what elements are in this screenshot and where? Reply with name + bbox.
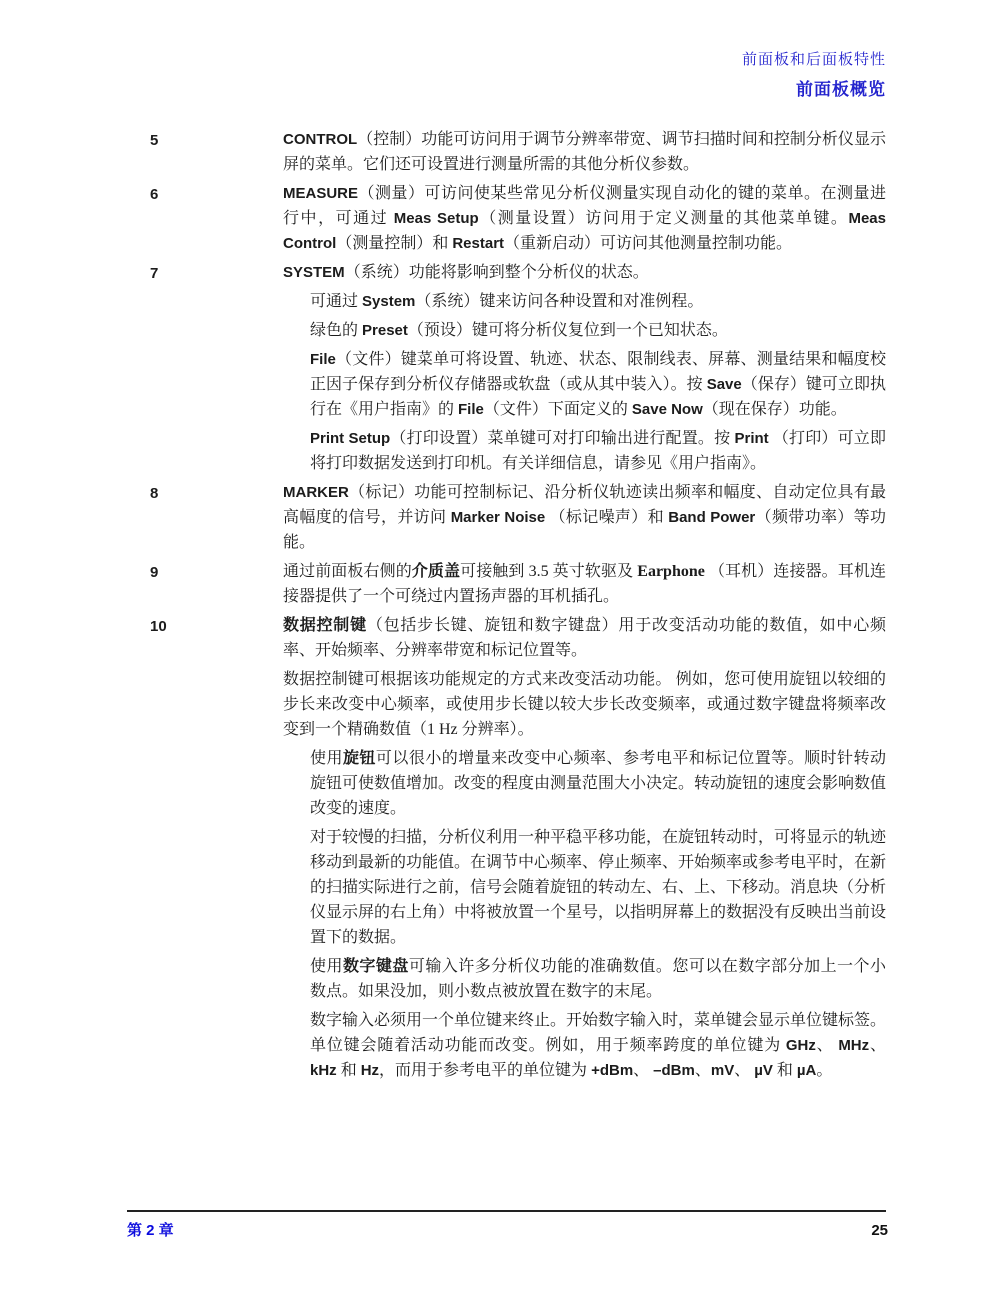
text-run: 、 (734, 1062, 754, 1079)
item-number: 7 (150, 260, 283, 480)
item-row: 7SYSTEM（系统）功能将影响到整个分析仪的状态。可通过 System（系统）… (150, 260, 886, 480)
text-run: （测量设置）访问用于定义测量的其他菜单键。 (479, 210, 849, 227)
manual-page: 前面板和后面板特性 前面板概览 5CONTROL（控制）功能可访问用于调节分辨率… (0, 0, 1000, 1294)
key-name: SYSTEM (283, 264, 345, 281)
text-run: 、 (816, 1037, 838, 1054)
text-run: （打印设置）菜单键可对打印输出进行配置。按 (390, 430, 734, 447)
footer-page-number: 25 (871, 1222, 888, 1239)
footer-chapter-label: 第 2 章 (127, 1219, 174, 1240)
key-name: µV (754, 1062, 773, 1079)
text-run: 、 (695, 1062, 711, 1079)
item-number: 10 (150, 613, 283, 1087)
paragraph: 对于较慢的扫描，分析仪利用一种平稳平移功能，在旋钮转动时，可将显示的轨迹移动到最… (310, 825, 886, 950)
paragraph: Print Setup（打印设置）菜单键可对打印输出进行配置。按 Print （… (310, 426, 886, 476)
key-name: MEASURE (283, 185, 358, 202)
paragraph: MARKER（标记）功能可控制标记、沿分析仪轨迹读出频率和幅度、自动定位具有最高… (283, 480, 886, 555)
item-row: 8MARKER（标记）功能可控制标记、沿分析仪轨迹读出频率和幅度、自动定位具有最… (150, 480, 886, 559)
item-body: MEASURE（测量）可访问使某些常见分析仪测量实现自动化的键的菜单。在测量进行… (283, 181, 886, 260)
paragraph: 数字输入必须用一个单位键来终止。开始数字输入时，菜单键会显示单位键标签。单位键会… (310, 1008, 886, 1083)
item-row: 10数据控制键（包括步长键、旋钮和数字键盘）用于改变活动功能的数值，如中心频率、… (150, 613, 886, 1087)
text-run: （控制）功能可访问用于调节分辨率带宽、调节扫描时间和控制分析仪显示屏的菜单。它们… (283, 131, 886, 173)
text-run: （系统）键来访问各种设置和对准例程。 (415, 293, 703, 310)
key-name: Hz (361, 1062, 379, 1079)
item-number: 9 (150, 559, 283, 613)
key-name: Restart (452, 235, 504, 252)
paragraph: 数据控制键（包括步长键、旋钮和数字键盘）用于改变活动功能的数值，如中心频率、开始… (283, 613, 886, 663)
key-name: Band Power (668, 509, 755, 526)
key-name: GHz (786, 1037, 816, 1054)
text-run: 通过前面板右侧的 (283, 563, 412, 580)
text-run: （重新启动）可访问其他测量控制功能。 (504, 235, 792, 252)
key-name: +dBm (591, 1062, 633, 1079)
item-number: 6 (150, 181, 283, 260)
key-name: Preset (362, 322, 408, 339)
text-run: （标记噪声）和 (545, 509, 668, 526)
text-run: 使用 (310, 958, 343, 975)
key-name: Save (707, 376, 742, 393)
item-row: 6MEASURE（测量）可访问使某些常见分析仪测量实现自动化的键的菜单。在测量进… (150, 181, 886, 260)
text-run: 。 (816, 1062, 832, 1079)
text-run: 和 (337, 1062, 361, 1079)
text-run: 旋钮 (343, 750, 376, 767)
item-number: 5 (150, 127, 283, 181)
paragraph: MEASURE（测量）可访问使某些常见分析仪测量实现自动化的键的菜单。在测量进行… (283, 181, 886, 256)
text-run: ，而用于参考电平的单位键为 (379, 1062, 591, 1079)
key-name: kHz (310, 1062, 337, 1079)
item-row: 9通过前面板右侧的介质盖可接触到 3.5 英寸软驱及 Earphone （耳机）… (150, 559, 886, 613)
footer-rule (127, 1210, 886, 1212)
item-body: 通过前面板右侧的介质盖可接触到 3.5 英寸软驱及 Earphone （耳机）连… (283, 559, 886, 613)
text-run: 对于较慢的扫描，分析仪利用一种平稳平移功能，在旋钮转动时，可将显示的轨迹移动到最… (310, 829, 886, 946)
item-body: MARKER（标记）功能可控制标记、沿分析仪轨迹读出频率和幅度、自动定位具有最高… (283, 480, 886, 559)
page-header: 前面板和后面板特性 前面板概览 (742, 50, 886, 100)
text-run: 、 (869, 1037, 886, 1054)
paragraph: 绿色的 Preset（预设）键可将分析仪复位到一个已知状态。 (310, 318, 886, 343)
text-run: 和 (773, 1062, 797, 1079)
item-body: CONTROL（控制）功能可访问用于调节分辨率带宽、调节扫描时间和控制分析仪显示… (283, 127, 886, 181)
header-subtitle: 前面板和后面板特性 (742, 50, 886, 69)
text-run: 绿色的 (310, 322, 362, 339)
header-title: 前面板概览 (742, 79, 886, 100)
text-run: 、 (633, 1062, 653, 1079)
key-name: Marker Noise (451, 509, 546, 526)
key-name: CONTROL (283, 131, 357, 148)
key-name: File (310, 351, 336, 368)
paragraph: 数据控制键可根据该功能规定的方式来改变活动功能。 例如，您可使用旋钮以较细的步长… (283, 667, 886, 742)
text-run: （预设）键可将分析仪复位到一个已知状态。 (408, 322, 728, 339)
text-run: （系统）功能将影响到整个分析仪的状态。 (345, 264, 649, 281)
text-run: 数据控制键 (283, 617, 367, 634)
key-name: MARKER (283, 484, 349, 501)
text-run: （包括步长键、旋钮和数字键盘）用于改变活动功能的数值，如中心频率、开始频率、分辨… (283, 617, 886, 659)
text-run: Earphone (637, 563, 705, 580)
key-name: Print Setup (310, 430, 390, 447)
paragraph: 使用数字键盘可输入许多分析仪功能的准确数值。您可以在数字部分加上一个小数点。如果… (310, 954, 886, 1004)
key-name: Meas Setup (394, 210, 479, 227)
text-run: （文件）下面定义的 (484, 401, 632, 418)
paragraph: File（文件）键菜单可将设置、轨迹、状态、限制线表、屏幕、测量结果和幅度校正因… (310, 347, 886, 422)
key-name: MHz (838, 1037, 869, 1054)
paragraph: 可通过 System（系统）键来访问各种设置和对准例程。 (310, 289, 886, 314)
page-footer: 第 2 章 25 (127, 1219, 888, 1240)
text-run: 可接触到 3.5 英寸软驱及 (460, 563, 637, 580)
items-list: 5CONTROL（控制）功能可访问用于调节分辨率带宽、调节扫描时间和控制分析仪显… (150, 127, 886, 1087)
key-name: System (362, 293, 415, 310)
text-run: 可以很小的增量来改变中心频率、参考电平和标记位置等。顺时针转动旋钮可使数值增加。… (310, 750, 886, 817)
key-name: File (458, 401, 484, 418)
key-name: Print (735, 430, 769, 447)
text-run: 介质盖 (412, 563, 460, 580)
key-name: –dBm (653, 1062, 695, 1079)
text-run: 数字键盘 (343, 958, 409, 975)
key-name: mV (711, 1062, 734, 1079)
text-run: （现在保存）功能。 (703, 401, 847, 418)
key-name: µA (797, 1062, 816, 1079)
text-run: 可通过 (310, 293, 362, 310)
paragraph: CONTROL（控制）功能可访问用于调节分辨率带宽、调节扫描时间和控制分析仪显示… (283, 127, 886, 177)
item-number: 8 (150, 480, 283, 559)
item-body: SYSTEM（系统）功能将影响到整个分析仪的状态。可通过 System（系统）键… (283, 260, 886, 480)
item-row: 5CONTROL（控制）功能可访问用于调节分辨率带宽、调节扫描时间和控制分析仪显… (150, 127, 886, 181)
text-run: 数据控制键可根据该功能规定的方式来改变活动功能。 例如，您可使用旋钮以较细的步长… (283, 671, 886, 738)
paragraph: 通过前面板右侧的介质盖可接触到 3.5 英寸软驱及 Earphone （耳机）连… (283, 559, 886, 609)
paragraph: SYSTEM（系统）功能将影响到整个分析仪的状态。 (283, 260, 886, 285)
paragraph: 使用旋钮可以很小的增量来改变中心频率、参考电平和标记位置等。顺时针转动旋钮可使数… (310, 746, 886, 821)
key-name: Save Now (632, 401, 703, 418)
item-body: 数据控制键（包括步长键、旋钮和数字键盘）用于改变活动功能的数值，如中心频率、开始… (283, 613, 886, 1087)
text-run: （测量控制）和 (336, 235, 452, 252)
text-run: 使用 (310, 750, 343, 767)
